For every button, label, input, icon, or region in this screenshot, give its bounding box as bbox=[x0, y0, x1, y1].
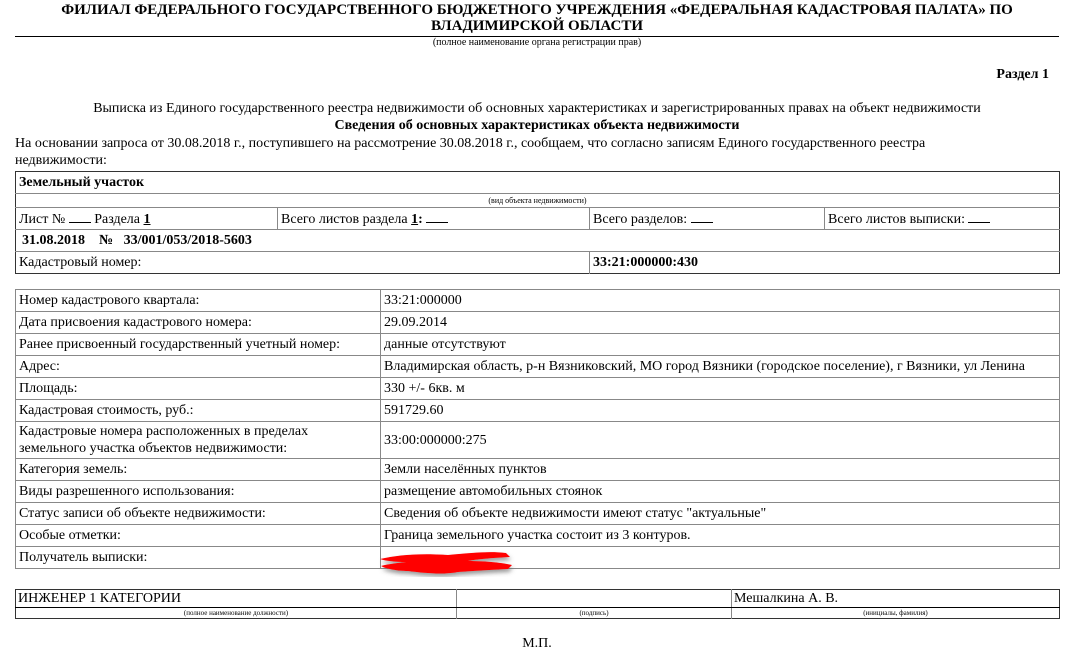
table-row: Кадастровые номера расположенных в преде… bbox=[16, 422, 1060, 459]
total-sections-label: Всего разделов: bbox=[593, 212, 687, 227]
table-row: Категория земель: Земли населённых пункт… bbox=[16, 459, 1060, 481]
table-row: Ранее присвоенный государственный учетны… bbox=[16, 334, 1060, 356]
row-label: Особые отметки: bbox=[16, 525, 381, 547]
sheet-blank bbox=[69, 210, 91, 223]
table-row: Площадь: 330 +/- 6кв. м bbox=[16, 378, 1060, 400]
row-label: Категория земель: bbox=[16, 459, 381, 481]
cadastral-number: 33:21:000000:430 bbox=[590, 252, 1060, 274]
record-number: 33/001/053/2018-5603 bbox=[124, 233, 252, 248]
row-label: Получатель выписки: bbox=[16, 547, 381, 569]
section-label: Раздел 1 bbox=[996, 67, 1049, 83]
row-label: Кадастровая стоимость, руб.: bbox=[16, 400, 381, 422]
row-value: 33:21:000000 bbox=[381, 290, 1060, 312]
row-label: Дата присвоения кадастрового номера: bbox=[16, 312, 381, 334]
section-of-label: Раздела bbox=[94, 212, 140, 227]
row-label: Номер кадастрового квартала: bbox=[16, 290, 381, 312]
row-value: Владимирская область, р-н Вязниковский, … bbox=[381, 356, 1060, 378]
redaction-scribble bbox=[378, 549, 518, 577]
total-sheets-section-cell: Всего листов раздела 1: bbox=[278, 208, 590, 230]
table-row: Дата присвоения кадастрового номера: 29.… bbox=[16, 312, 1060, 334]
total-sections-blank bbox=[691, 210, 713, 223]
table-row: Получатель выписки: bbox=[16, 547, 1060, 569]
total-sheets-section-label: Всего листов раздела bbox=[281, 212, 408, 227]
number-sign: № bbox=[99, 233, 113, 248]
row-value: 29.09.2014 bbox=[381, 312, 1060, 334]
signature-field bbox=[457, 590, 732, 608]
position-name: ИНЖЕНЕР 1 КАТЕГОРИИ bbox=[16, 590, 457, 608]
total-sheets-extract-blank bbox=[968, 210, 990, 223]
row-label: Адрес: bbox=[16, 356, 381, 378]
row-label: Ранее присвоенный государственный учетны… bbox=[16, 334, 381, 356]
row-label: Площадь: bbox=[16, 378, 381, 400]
row-value: 330 +/- 6кв. м bbox=[381, 378, 1060, 400]
row-value: Сведения об объекте недвижимости имеют с… bbox=[381, 503, 1060, 525]
object-header-table: Земельный участок (вид объекта недвижимо… bbox=[15, 171, 1060, 274]
table-row: Адрес: Владимирская область, р-н Вязнико… bbox=[16, 356, 1060, 378]
cadastral-label: Кадастровый номер: bbox=[16, 252, 590, 274]
table-row: Номер кадастрового квартала: 33:21:00000… bbox=[16, 290, 1060, 312]
row-value: Земли населённых пунктов bbox=[381, 459, 1060, 481]
total-sheets-section-blank bbox=[426, 210, 448, 223]
object-type: Земельный участок bbox=[16, 172, 1060, 194]
signer-name: Мешалкина А. В. bbox=[732, 590, 1060, 608]
record-line: 31.08.2018 № 33/001/053/2018-5603 bbox=[16, 230, 1060, 252]
record-date: 31.08.2018 bbox=[22, 233, 85, 248]
row-value: размещение автомобильных стоянок bbox=[381, 481, 1060, 503]
signature-caption: (подпись) bbox=[457, 608, 732, 619]
row-value: данные отсутствуют bbox=[381, 334, 1060, 356]
extract-subtitle: Сведения об основных характеристиках объ… bbox=[15, 118, 1059, 134]
characteristics-table: Номер кадастрового квартала: 33:21:00000… bbox=[15, 289, 1060, 569]
row-value: 591729.60 bbox=[381, 400, 1060, 422]
organization-caption: (полное наименование органа регистрации … bbox=[15, 37, 1059, 49]
row-label: Виды разрешенного использования: bbox=[16, 481, 381, 503]
table-row: Виды разрешенного использования: размеще… bbox=[16, 481, 1060, 503]
table-row: Особые отметки: Граница земельного участ… bbox=[16, 525, 1060, 547]
position-caption: (полное наименование должности) bbox=[16, 608, 457, 619]
stamp-label: М.П. bbox=[15, 636, 1059, 652]
row-label: Кадастровые номера расположенных в преде… bbox=[16, 422, 381, 459]
object-type-caption: (вид объекта недвижимости) bbox=[16, 194, 1060, 208]
section-number: 1 bbox=[144, 212, 151, 227]
basis-text: На основании запроса от 30.08.2018 г., п… bbox=[15, 135, 1015, 169]
total-sheets-extract-label: Всего листов выписки: bbox=[828, 212, 965, 227]
sheet-number-cell: Лист № Раздела 1 bbox=[16, 208, 278, 230]
table-row: Кадастровая стоимость, руб.: 591729.60 bbox=[16, 400, 1060, 422]
extract-title: Выписка из Единого государственного реес… bbox=[15, 101, 1059, 117]
row-label: Статус записи об объекте недвижимости: bbox=[16, 503, 381, 525]
row-value: 33:00:000000:275 bbox=[381, 422, 1060, 459]
sheet-label: Лист № bbox=[19, 212, 65, 227]
row-value: Граница земельного участка состоит из 3 … bbox=[381, 525, 1060, 547]
total-sheets-extract-cell: Всего листов выписки: bbox=[825, 208, 1060, 230]
organization-name: ФИЛИАЛ ФЕДЕРАЛЬНОГО ГОСУДАРСТВЕННОГО БЮД… bbox=[15, 2, 1059, 34]
signature-table: ИНЖЕНЕР 1 КАТЕГОРИИ Мешалкина А. В. (пол… bbox=[15, 589, 1060, 619]
total-sections-cell: Всего разделов: bbox=[590, 208, 825, 230]
name-caption: (инициалы, фамилия) bbox=[732, 608, 1060, 619]
table-row: Статус записи об объекте недвижимости: С… bbox=[16, 503, 1060, 525]
